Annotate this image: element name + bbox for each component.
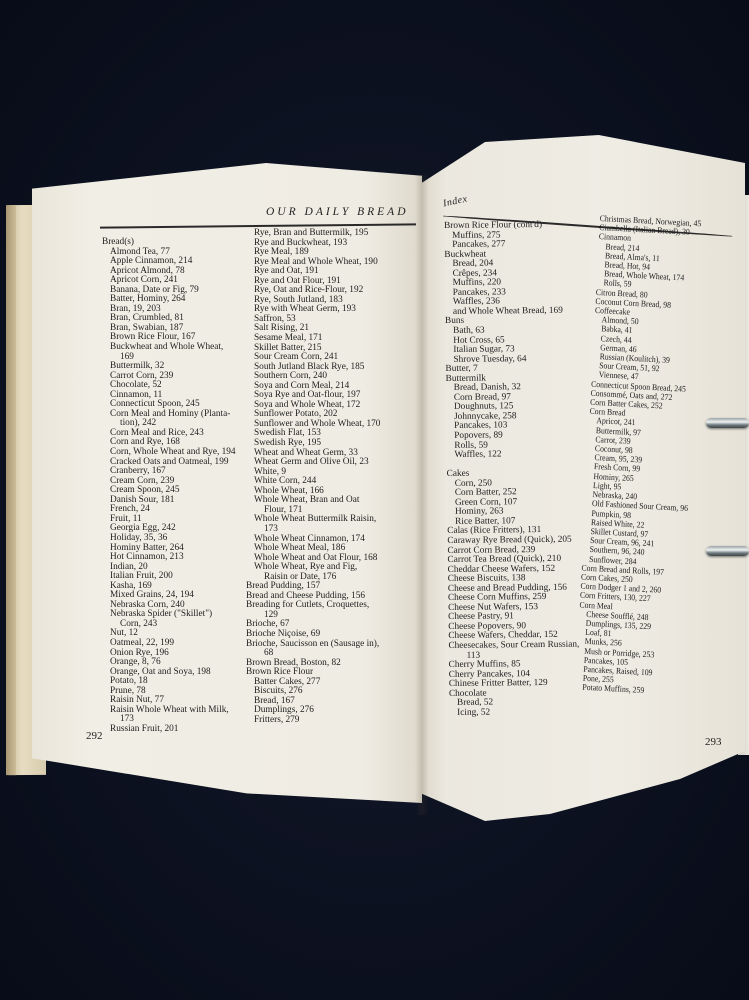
binder-ring-upper <box>706 418 749 428</box>
left-index-column-1: Bread(s)Almond Tea, 77Apple Cinnamon, 21… <box>102 238 236 734</box>
index-entry: Icing, 52 <box>449 707 580 718</box>
binder-ring-lower <box>706 546 749 556</box>
left-index-column-2: Rye, Bran and Buttermilk, 195Rye and Buc… <box>246 229 380 725</box>
book-gutter <box>415 175 429 815</box>
right-index-column-1: Brown Rice Flour (cont'd)Muffins, 275Pan… <box>444 221 580 719</box>
left-page-number: 292 <box>86 730 103 742</box>
index-entry: and Whole Wheat Bread, 169 <box>445 307 576 318</box>
index-entry: Fritters, 279 <box>246 716 380 726</box>
left-running-head: OUR DAILY BREAD <box>266 206 409 218</box>
right-page-number: 293 <box>705 736 722 748</box>
index-entry: Russian Fruit, 201 <box>102 725 236 735</box>
